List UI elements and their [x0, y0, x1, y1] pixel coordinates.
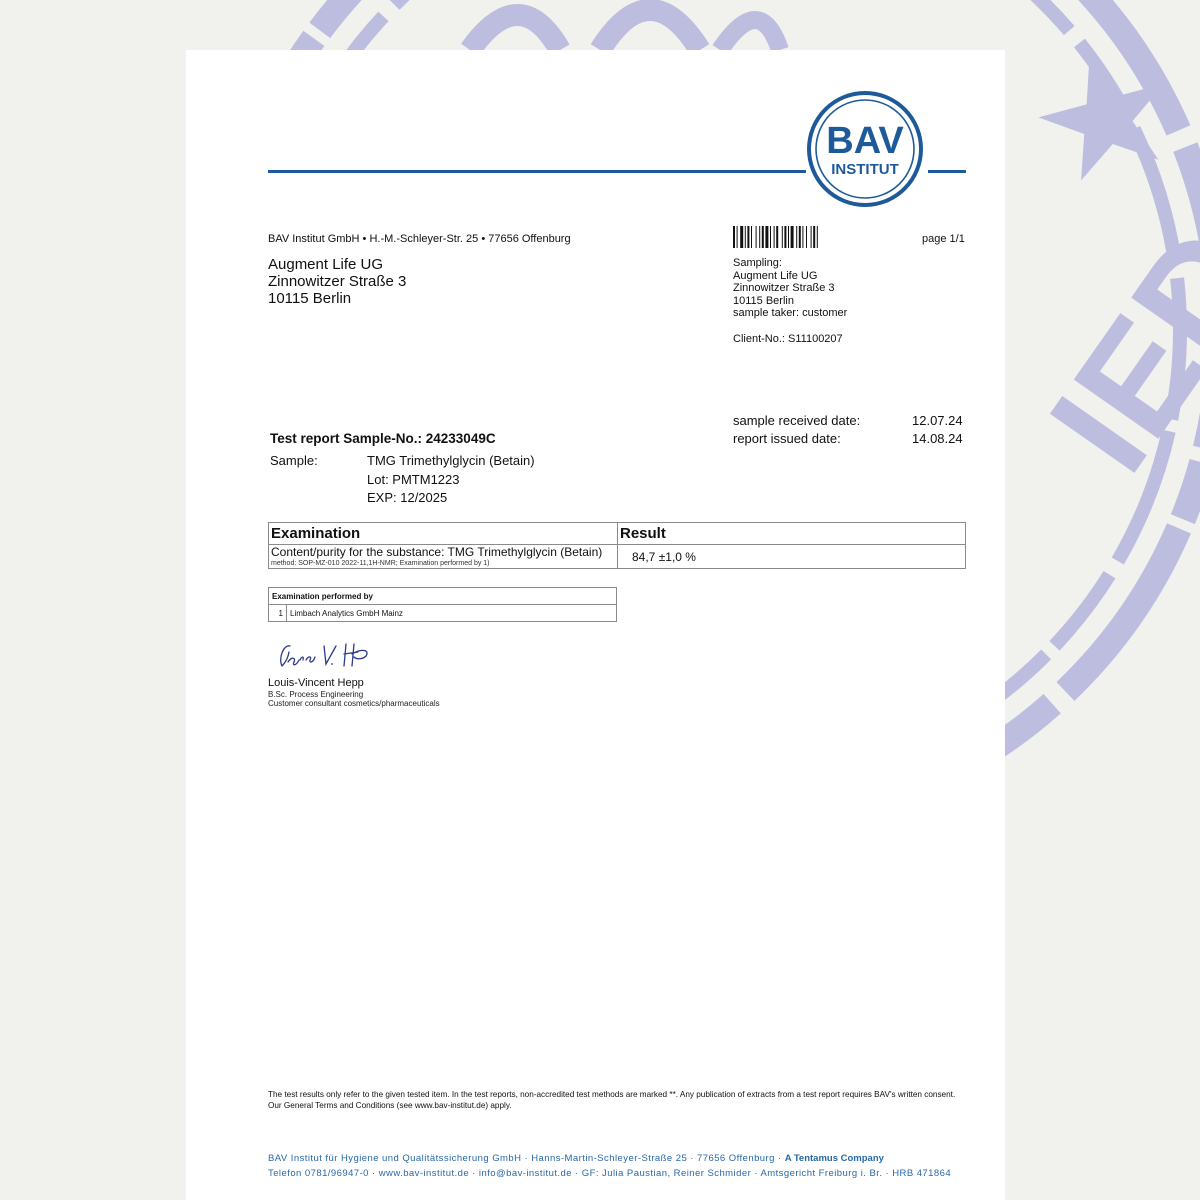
report-dates: sample received date: 12.07.24 report is… [733, 412, 963, 448]
signer-role: Customer consultant cosmetics/pharmaceut… [268, 699, 440, 708]
signer-block: Louis-Vincent Hepp B.Sc. Process Enginee… [268, 677, 440, 708]
sample-lot: Lot: PMTM1223 [367, 471, 460, 490]
footer-brand: A Tentamus Company [785, 1153, 884, 1164]
date-value: 14.08.24 [912, 430, 963, 448]
spacer [270, 471, 367, 490]
column-header-examination: Examination [269, 523, 618, 545]
examination-text: Content/purity for the substance: TMG Tr… [271, 545, 615, 559]
footer-line-1: BAV Institut für Hygiene und Qualitätssi… [268, 1152, 951, 1167]
sample-row: EXP: 12/2025 [270, 489, 535, 508]
result-value: 84,7 ±1,0 % [620, 545, 963, 564]
barcode [733, 226, 873, 248]
date-value: 12.07.24 [912, 412, 963, 430]
sampling-line: sample taker: customer [733, 307, 847, 320]
signer-degree: B.Sc. Process Engineering [268, 690, 440, 699]
recipient-address: Augment Life UG Zinnowitzer Straße 3 101… [268, 256, 406, 307]
page-number: page 1/1 [922, 233, 965, 245]
sample-row: Lot: PMTM1223 [270, 471, 535, 490]
method-text: method: SOP-MZ-010 2022-11,1H-NMR; Exami… [271, 559, 615, 568]
date-row-received: sample received date: 12.07.24 [733, 412, 963, 430]
sampling-info: Sampling: Augment Life UG Zinnowitzer St… [733, 257, 847, 320]
sample-label: Sample: [270, 452, 367, 471]
svg-text:IED: IED [1017, 198, 1200, 499]
sender-address-line: BAV Institut GmbH • H.-M.-Schleyer-Str. … [268, 233, 571, 245]
lab-number: 1 [269, 605, 287, 622]
company-footer: BAV Institut für Hygiene und Qualitätssi… [268, 1152, 951, 1181]
performed-by-table: Examination performed by 1 Limbach Analy… [268, 587, 617, 622]
table-header-row: Examination Result [269, 523, 966, 545]
bav-institut-logo: BAV INSTITUT [806, 90, 924, 208]
sampling-line: Zinnowitzer Straße 3 [733, 282, 847, 295]
result-cell: 84,7 ±1,0 % [618, 545, 966, 569]
sample-name: TMG Trimethylglycin (Betain) [367, 452, 535, 471]
date-row-issued: report issued date: 14.08.24 [733, 430, 963, 448]
svg-text:BAV: BAV [826, 120, 904, 162]
table-row: 1 Limbach Analytics GmbH Mainz [269, 605, 617, 622]
table-header-row: Examination performed by [269, 588, 617, 605]
spacer [270, 489, 367, 508]
signature [274, 638, 374, 674]
sample-row: Sample: TMG Trimethylglycin (Betain) [270, 452, 535, 471]
test-report-page: BAV INSTITUT BAV Institut GmbH • H.-M.-S… [186, 50, 1005, 1200]
performed-by-header: Examination performed by [269, 588, 617, 605]
header-rule-left [268, 170, 806, 173]
examination-table: Examination Result Content/purity for th… [268, 522, 966, 569]
sample-details: Sample: TMG Trimethylglycin (Betain) Lot… [270, 452, 535, 508]
table-row: Content/purity for the substance: TMG Tr… [269, 545, 966, 569]
header-rule-right [928, 170, 966, 173]
client-number: Client-No.: S11100207 [733, 333, 843, 345]
report-title: Test report Sample-No.: 24233049C [270, 431, 496, 446]
signer-name: Louis-Vincent Hepp [268, 677, 440, 690]
column-header-result: Result [618, 523, 966, 545]
disclaimer-text: The test results only refer to the given… [268, 1089, 968, 1111]
date-label: report issued date: [733, 430, 912, 448]
date-label: sample received date: [733, 412, 912, 430]
sampling-line: Sampling: [733, 257, 847, 270]
examination-cell: Content/purity for the substance: TMG Tr… [269, 545, 618, 569]
sample-exp: EXP: 12/2025 [367, 489, 447, 508]
footer-line-2: Telefon 0781/96947-0 · www.bav-institut.… [268, 1167, 951, 1182]
recipient-line: Zinnowitzer Straße 3 [268, 273, 406, 290]
lab-name: Limbach Analytics GmbH Mainz [287, 605, 617, 622]
svg-text:INSTITUT: INSTITUT [831, 161, 899, 178]
sampling-line: 10115 Berlin [733, 295, 847, 308]
sampling-line: Augment Life UG [733, 270, 847, 283]
footer-company-address: BAV Institut für Hygiene und Qualitätssi… [268, 1153, 782, 1164]
recipient-line: Augment Life UG [268, 256, 406, 273]
recipient-line: 10115 Berlin [268, 290, 406, 307]
